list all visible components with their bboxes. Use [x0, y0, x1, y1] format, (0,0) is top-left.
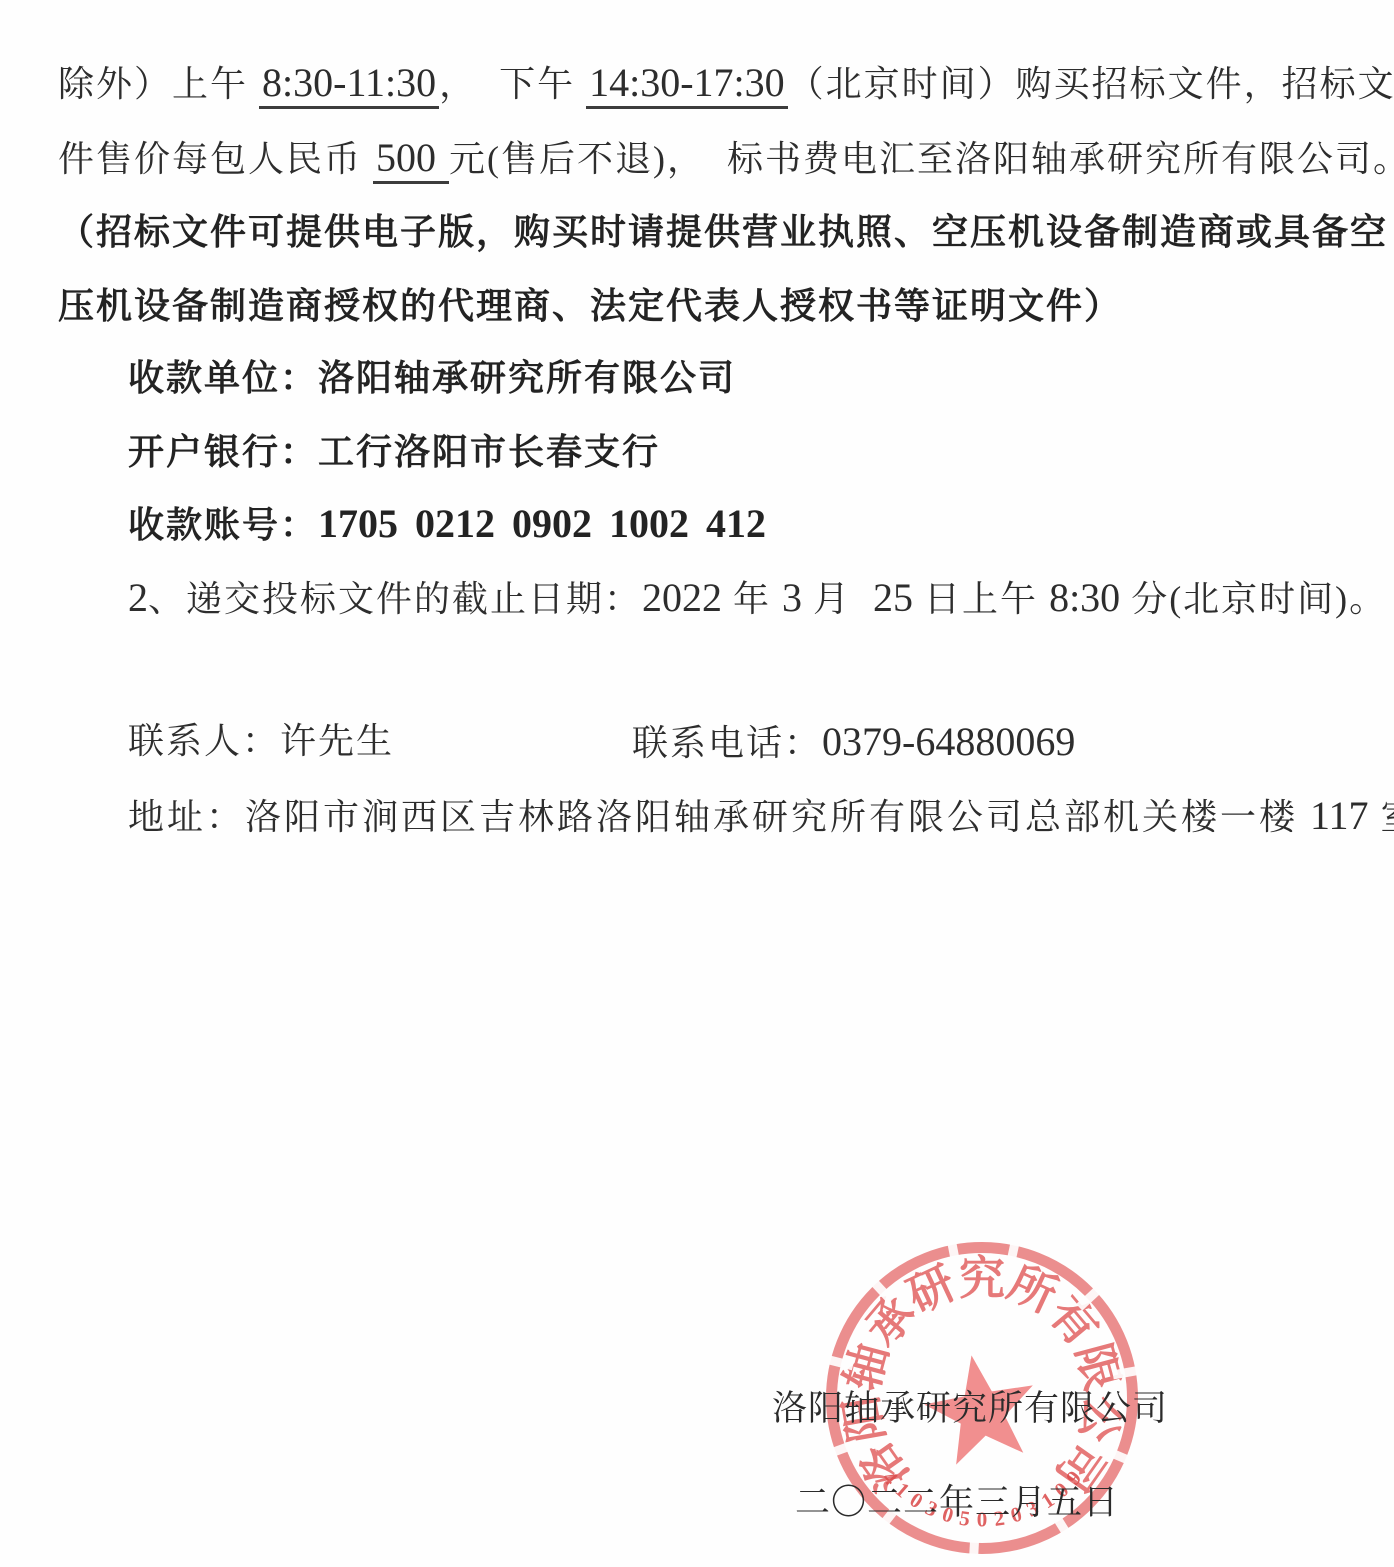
deadline-item-number: 2 [128, 575, 148, 620]
account-number: 1705 0212 0902 1002 412 [318, 501, 766, 546]
account-label: 收款账号： [128, 505, 318, 545]
payee-row: 收款单位：洛阳轴承研究所有限公司 [128, 359, 736, 399]
scanned-tender-document-page: 除外）上午 8:30-11:30， 下午 14:30-17:30（北京时间）购买… [0, 0, 1394, 1567]
deadline-month-unit: 月 [802, 579, 873, 619]
paragraph-bid-deadline: 2、递交投标文件的截止日期：2022 年 3 月 25 日上午 8:30 分(北… [128, 578, 1387, 620]
paragraph-electronic-version-note-1: （招标文件可提供电子版，购买时请提供营业执照、空压机设备制造商或具备空 [58, 213, 1388, 253]
contact-person-value: 许先生 [280, 721, 394, 761]
deadline-day: 25 [873, 575, 913, 620]
payee-value: 洛阳轴承研究所有限公司 [318, 358, 736, 398]
paragraph-electronic-version-note-2: 压机设备制造商授权的代理商、法定代表人授权书等证明文件） [58, 287, 1122, 327]
afternoon-time-underlined: 14:30-17:30 [586, 60, 788, 109]
bank-label: 开户银行： [128, 432, 318, 472]
address-room-number: 117 [1310, 793, 1369, 838]
contact-phone-row: 联系电话：0379-64880069 [632, 722, 1075, 764]
deadline-time: 8:30 [1049, 575, 1120, 620]
deadline-month: 3 [782, 575, 802, 620]
contact-phone-label: 联系电话： [632, 723, 822, 763]
signature-date: 二〇二二年三月五日 [795, 1475, 1119, 1525]
seal-ring-char: 究 [959, 1256, 1005, 1302]
bank-value: 工行洛阳市长春支行 [318, 432, 660, 472]
address-tail: 室 [1369, 797, 1394, 837]
paragraph-document-price: 件售价每包人民币 500 元(售后不退)， 标书费电汇至洛阳轴承研究所有限公司。 [58, 138, 1394, 180]
address-label: 地址： [128, 797, 245, 837]
deadline-year: 2022 [642, 575, 722, 620]
contact-person-label: 联系人： [128, 721, 280, 761]
account-row: 收款账号：1705 0212 0902 1002 412 [128, 504, 766, 546]
payee-label: 收款单位： [128, 358, 318, 398]
deadline-label: 、递交投标文件的截止日期： [148, 579, 642, 619]
address-value: 洛阳市涧西区吉林路洛阳轴承研究所有限公司总部机关楼一楼 [245, 797, 1310, 837]
bank-row: 开户银行：工行洛阳市长春支行 [128, 433, 660, 473]
price-pre-text: 件售价每包人民币 [58, 139, 373, 179]
paragraph-purchase-time: 除外）上午 8:30-11:30， 下午 14:30-17:30（北京时间）购买… [58, 63, 1394, 105]
price-post-text: 元(售后不退)， 标书费电汇至洛阳轴承研究所有限公司。 [449, 139, 1394, 179]
contact-phone-number: 0379-64880069 [822, 719, 1075, 764]
price-value-underlined: 500 [373, 135, 449, 184]
address-row: 地址：洛阳市涧西区吉林路洛阳轴承研究所有限公司总部机关楼一楼 117 室 [128, 796, 1394, 838]
purchase-time-mid-text: ， 下午 [439, 64, 586, 104]
deadline-day-unit: 日上午 [913, 579, 1049, 619]
morning-time-underlined: 8:30-11:30 [259, 60, 439, 109]
deadline-tail: 分(北京时间)。 [1120, 579, 1387, 619]
purchase-time-post-text: （北京时间）购买招标文件，招标文 [788, 64, 1394, 104]
contact-person-row: 联系人：许先生 [128, 722, 394, 762]
signature-company-name: 洛阳轴承研究所有限公司 [772, 1381, 1168, 1431]
purchase-time-pre-text: 除外）上午 [58, 64, 259, 104]
seal-ring-notch [969, 1531, 980, 1565]
deadline-year-unit: 年 [722, 579, 782, 619]
